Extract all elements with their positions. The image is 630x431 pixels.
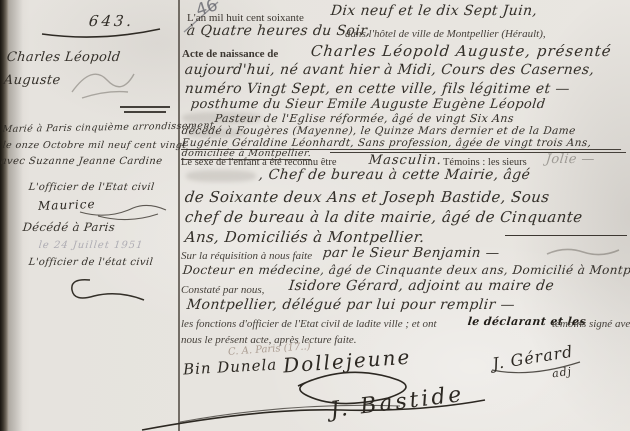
margin-signature-flourish-2 (60, 274, 150, 308)
act-line3-hand: Charles Léopold Auguste, présenté (310, 42, 613, 60)
act-line5-hand: numéro Vingt Sept, en cette ville, fils … (184, 81, 571, 97)
margin-death-note: Décédé à Paris (22, 220, 116, 234)
margin-child-name-2: Auguste (3, 73, 61, 88)
signature-adjoint-suffix: adj (551, 365, 573, 381)
act-line11-hand-a: Masculin. (368, 153, 443, 168)
margin-marriage-3: avec Suzanne Jeanne Cardine (0, 156, 163, 167)
act-line16-printed: Sur la réquisition à nous faite (181, 250, 312, 262)
act-line3-printed: Acte de naissance de (182, 48, 278, 60)
signature-underline-sweep (140, 388, 490, 431)
margin-death-date-stamp: le 24 Juillet 1951 (38, 240, 144, 251)
act-line14-hand: chef de bureau à la dite mairie, âgé de … (184, 208, 583, 226)
margin-signature-flourish-1 (78, 200, 173, 222)
act-line20-printed-b: témoins signé avec (552, 318, 630, 330)
act-line2-hand: à Quatre heures du Soir, (186, 23, 371, 39)
signature-declarant: Bin Dunela (183, 356, 278, 379)
act-line11-hand-b: Jolie — (545, 152, 596, 167)
margin-officer-label-2: L'officier de l'état civil (28, 257, 154, 268)
act-line18-hand: Isidore Gérard, adjoint au maire de (288, 278, 555, 294)
act-number-flourish (40, 26, 170, 40)
ink-ghost (186, 170, 256, 182)
act-line12-hand: , Chef de bureau à cette Mairie, âgé (258, 167, 531, 183)
act-line15-hand: Ans, Domiciliés à Montpellier. (184, 228, 426, 246)
margin-rule (178, 0, 180, 431)
filler-rule (505, 235, 627, 236)
act-line7-hand: Pasteur de l'Eglise réformée, âgé de vin… (214, 112, 515, 125)
act-line13-hand: de Soixante deux Ans et Joseph Bastide, … (184, 188, 550, 206)
margin-marriage-2: le onze Octobre mil neuf cent vingt (2, 140, 187, 151)
signature-adjoint-flourish (490, 358, 590, 376)
act-line17-hand: Docteur en médecine, âgé de Cinquante de… (182, 263, 630, 277)
margin-name-paraph (62, 62, 142, 102)
act-line18-printed: Constaté par nous, (181, 284, 264, 296)
act-line6-hand: posthume du Sieur Emile Auguste Eugène L… (190, 97, 546, 112)
margin-officer-label-1: L'officier de l'Etat civil (28, 182, 155, 193)
act-line2-printed: dans l'hôtel de ville de Montpellier (Hé… (345, 28, 546, 40)
act-line19-hand: Montpellier, délégué par lui pour rempli… (186, 297, 516, 313)
register-page: 643. 46 Charles Léopold Auguste Marié à … (0, 0, 630, 431)
act-line16-hand: par le Sieur Benjamin — (322, 245, 500, 261)
margin-separator-squiggle (118, 104, 178, 116)
act-line1-hand: Dix neuf et le dix Sept Juin, (330, 3, 538, 19)
act-line20-printed-a: les fonctions d'officier de l'Etat civil… (181, 318, 437, 330)
faded-name-flourish (545, 244, 625, 260)
act-line8-hand: décédé à Fougères (Mayenne), le Quinze M… (181, 125, 576, 137)
act-line4-hand: aujourd'hui, né avant hier à Midi, Cours… (184, 62, 595, 78)
